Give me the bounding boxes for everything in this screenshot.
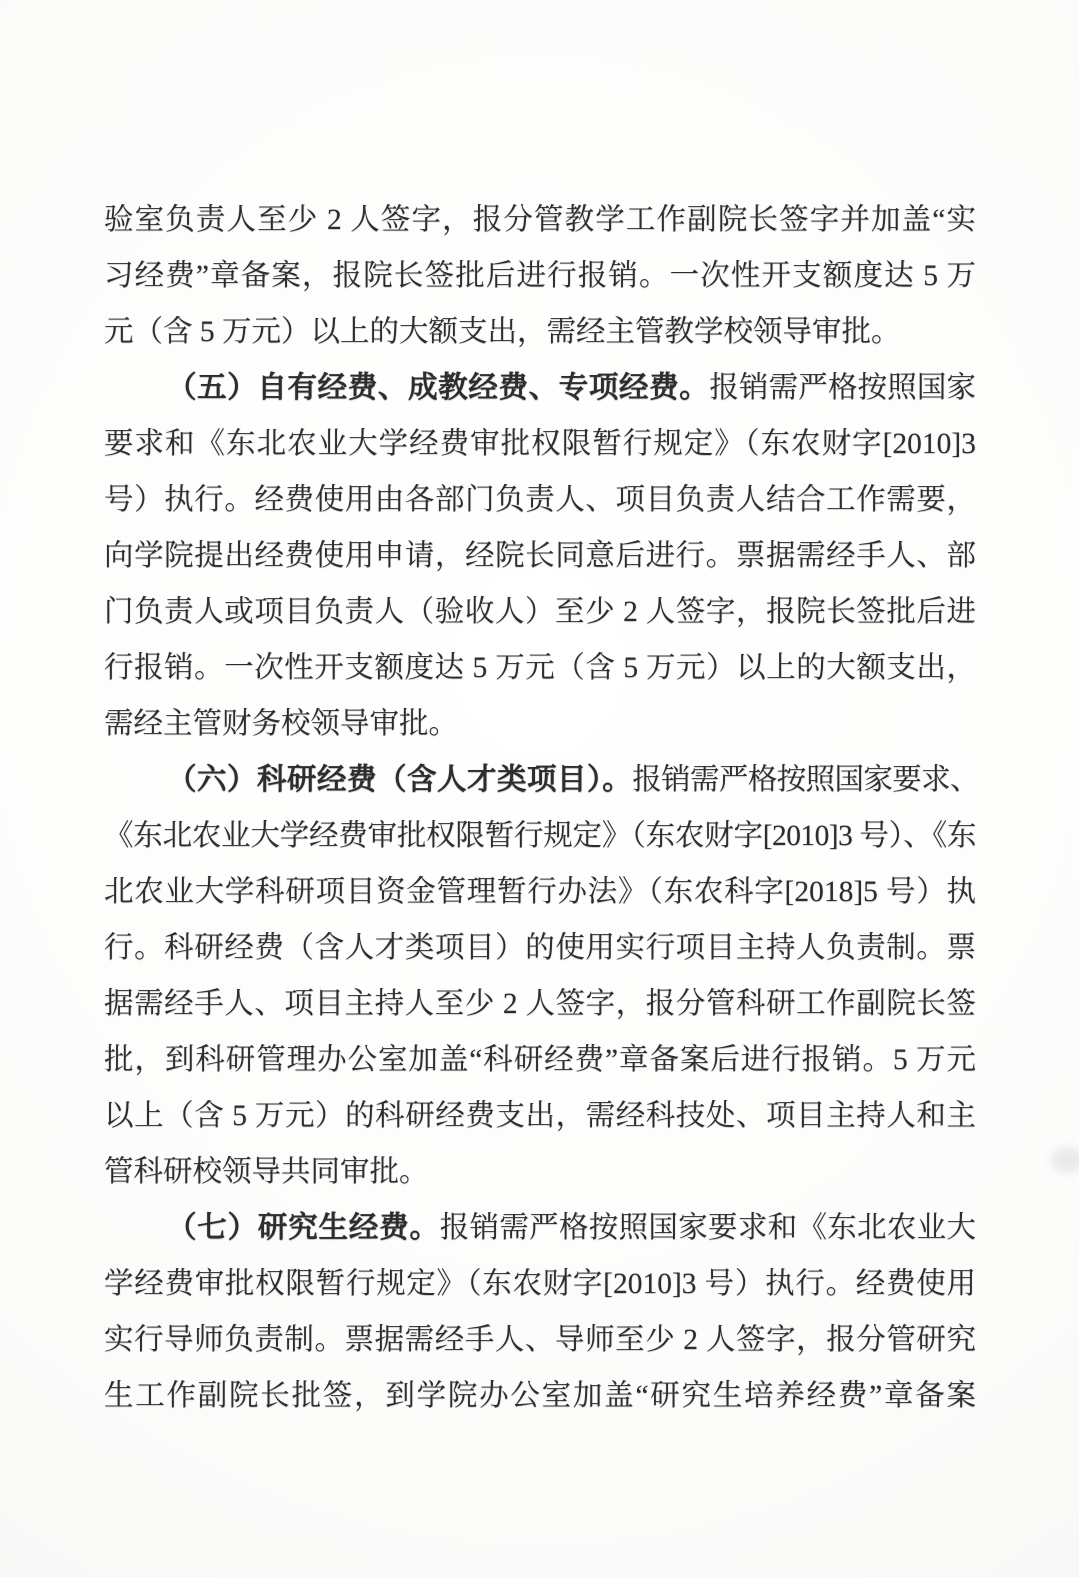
para-section-7-graduate-funds: （七）研究生经费。报销需严格按照国家要求和《东北农业大学经费审批权限暂行规定》（… — [104, 1200, 976, 1424]
line-text: 学经费审批权限暂行规定》（东农财字[2010]3 号）执行。经费使用 — [104, 1268, 976, 1300]
section-heading: （五）自有经费、成教经费、专项经费。 — [167, 372, 709, 404]
line-text: 向学院提出经费使用申请，经院长同意后进行。票据需经手人、部 — [104, 540, 976, 572]
text-line: 据需经手人、项目主持人至少 2 人签字，报分管科研工作副院长签 — [104, 976, 976, 1032]
text-line: 要求和《东北农业大学经费审批权限暂行规定》（东农财字[2010]3 — [104, 416, 976, 472]
text-line: 需经主管财务校领导审批。 — [104, 696, 976, 752]
line-text: 《东北农业大学经费审批权限暂行规定》（东农财字[2010]3 号）、《东 — [104, 820, 976, 852]
text-line: 生工作副院长批签，到学院办公室加盖“研究生培养经费”章备案 — [104, 1368, 976, 1424]
scanned-document-page: 验室负责人至少 2 人签字，报分管教学工作副院长签字并加盖“实习经费”章备案，报… — [0, 0, 1079, 1577]
section-heading: （七）研究生经费。 — [167, 1212, 440, 1244]
line-text: 以上（含 5 万元）的科研经费支出，需经科技处、项目主持人和主 — [104, 1100, 976, 1132]
text-line: 验室负责人至少 2 人签字，报分管教学工作副院长签字并加盖“实 — [104, 192, 976, 248]
line-text: 习经费”章备案，报院长签批后进行报销。一次性开支额度达 5 万 — [104, 260, 976, 292]
text-line: 管科研校领导共同审批。 — [104, 1144, 976, 1200]
line-text: 批，到科研管理办公室加盖“科研经费”章备案后进行报销。5 万元 — [104, 1044, 976, 1076]
text-line: 以上（含 5 万元）的科研经费支出，需经科技处、项目主持人和主 — [104, 1088, 976, 1144]
para-section-6-research-funds: （六）科研经费（含人才类项目）。报销需严格按照国家要求、《东北农业大学经费审批权… — [104, 752, 976, 1200]
text-line: 习经费”章备案，报院长签批后进行报销。一次性开支额度达 5 万 — [104, 248, 976, 304]
line-text: 实行导师负责制。票据需经手人、导师至少 2 人签字，报分管研究 — [104, 1324, 976, 1356]
line-text: 据需经手人、项目主持人至少 2 人签字，报分管科研工作副院长签 — [104, 988, 976, 1020]
text-line: 学经费审批权限暂行规定》（东农财字[2010]3 号）执行。经费使用 — [104, 1256, 976, 1312]
line-text: 管科研校领导共同审批。 — [104, 1156, 429, 1188]
text-line: 元（含 5 万元）以上的大额支出，需经主管教学校领导审批。 — [104, 304, 976, 360]
document-text: 验室负责人至少 2 人签字，报分管教学工作副院长签字并加盖“实习经费”章备案，报… — [104, 192, 976, 1424]
text-line: （五）自有经费、成教经费、专项经费。报销需严格按照国家 — [104, 360, 976, 416]
text-line: 行。科研经费（含人才类项目）的使用实行项目主持人负责制。票 — [104, 920, 976, 976]
text-line: 北农业大学科研项目资金管理暂行办法》（东农科字[2018]5 号）执 — [104, 864, 976, 920]
text-line: 实行导师负责制。票据需经手人、导师至少 2 人签字，报分管研究 — [104, 1312, 976, 1368]
line-text: 号）执行。经费使用由各部门负责人、项目负责人结合工作需要， — [104, 484, 976, 516]
line-text: 生工作副院长批签，到学院办公室加盖“研究生培养经费”章备案 — [104, 1380, 976, 1412]
line-text: 要求和《东北农业大学经费审批权限暂行规定》（东农财字[2010]3 — [104, 428, 976, 460]
line-text: 行报销。一次性开支额度达 5 万元（含 5 万元）以上的大额支出， — [104, 652, 976, 684]
text-line: 向学院提出经费使用申请，经院长同意后进行。票据需经手人、部 — [104, 528, 976, 584]
text-line: 批，到科研管理办公室加盖“科研经费”章备案后进行报销。5 万元 — [104, 1032, 976, 1088]
text-line: （六）科研经费（含人才类项目）。报销需严格按照国家要求、 — [104, 752, 976, 808]
section-heading: （六）科研经费（含人才类项目）。 — [167, 764, 632, 796]
line-text: 验室负责人至少 2 人签字，报分管教学工作副院长签字并加盖“实 — [104, 204, 976, 236]
line-text: 行。科研经费（含人才类项目）的使用实行项目主持人负责制。票 — [104, 932, 976, 964]
text-line: 《东北农业大学经费审批权限暂行规定》（东农财字[2010]3 号）、《东 — [104, 808, 976, 864]
line-text: 报销需严格按照国家 — [709, 372, 976, 404]
scan-smudge-artifact — [1050, 1147, 1079, 1173]
line-text: 需经主管财务校领导审批。 — [104, 708, 458, 740]
line-text: 北农业大学科研项目资金管理暂行办法》（东农科字[2018]5 号）执 — [104, 876, 976, 908]
text-line: （七）研究生经费。报销需严格按照国家要求和《东北农业大 — [104, 1200, 976, 1256]
line-text: 门负责人或项目负责人（验收人）至少 2 人签字，报院长签批后进 — [104, 596, 976, 628]
line-text: 报销需严格按照国家要求和《东北农业大 — [440, 1212, 976, 1244]
text-line: 行报销。一次性开支额度达 5 万元（含 5 万元）以上的大额支出， — [104, 640, 976, 696]
line-text: 元（含 5 万元）以上的大额支出，需经主管教学校领导审批。 — [104, 316, 901, 348]
line-text: 报销需严格按照国家要求、 — [632, 764, 976, 796]
text-line: 号）执行。经费使用由各部门负责人、项目负责人结合工作需要， — [104, 472, 976, 528]
para-section-5-own-funds: （五）自有经费、成教经费、专项经费。报销需严格按照国家要求和《东北农业大学经费审… — [104, 360, 976, 752]
para-practice-funds-continuation: 验室负责人至少 2 人签字，报分管教学工作副院长签字并加盖“实习经费”章备案，报… — [104, 192, 976, 360]
text-line: 门负责人或项目负责人（验收人）至少 2 人签字，报院长签批后进 — [104, 584, 976, 640]
